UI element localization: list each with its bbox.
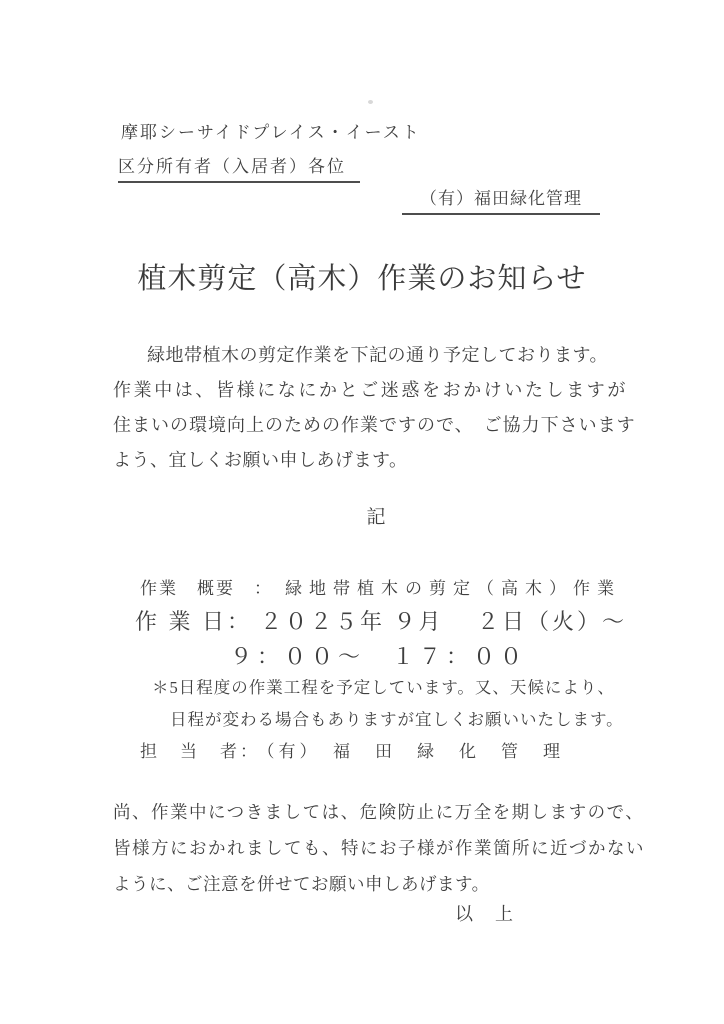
schedule-note-line-1: ＊5日程度の作業工程を予定しています。又、天候により、 xyxy=(152,674,615,698)
schedule-note-line-2: 日程が変わる場合もありますが宜しくお願いいたします。 xyxy=(170,706,624,730)
contact-value: （有） 福 田 緑 化 管 理 xyxy=(266,742,564,761)
work-date-label: 作 業 日： xyxy=(135,609,252,634)
contact-label: 担 当 者： xyxy=(140,742,260,761)
closing-line-2: 皆様方におかれましても、特にお子様が作業箇所に近づかない xyxy=(113,830,628,866)
work-summary-value: 緑地帯植木の剪定（高木）作業 xyxy=(285,579,621,598)
closing-line-1: 尚、作業中につきましては、危険防止に万全を期しますので、 xyxy=(113,794,628,830)
intro-line-2: 作業中は、皆様になにかとご迷惑をおかけいたしますが xyxy=(113,373,628,408)
recipient-addressee: 区分所有者（入居者）各位 xyxy=(118,152,360,183)
closing-line-3: ように、ご注意を併せてお願い申しあげます。 xyxy=(113,866,628,902)
scan-artifact-speck xyxy=(368,100,373,104)
record-marker: 記 xyxy=(14,502,724,529)
contact-row: 担 当 者：（有） 福 田 緑 化 管 理 xyxy=(140,737,564,762)
intro-line-3: 住まいの環境向上のための作業ですので、 ご協力下さいます xyxy=(113,408,628,443)
intro-line-4: よう、宜しくお願い申しあげます。 xyxy=(113,443,628,478)
work-summary-row: 作業 概要 ：緑地帯植木の剪定（高木）作業 xyxy=(140,574,621,599)
recipient-building-name: 摩耶シーサイドプレイス・イースト xyxy=(121,118,421,143)
intro-paragraph: 緑地帯植木の剪定作業を下記の通り予定しております。 作業中は、皆様になにかとご迷… xyxy=(113,338,628,478)
closing-paragraph: 尚、作業中につきましては、危険防止に万全を期しますので、 皆様方におかれましても… xyxy=(113,794,628,902)
work-summary-label: 作業 概要 ： xyxy=(140,579,273,598)
closing-mark: 以 上 xyxy=(455,900,515,926)
intro-line-1: 緑地帯植木の剪定作業を下記の通り予定しております。 xyxy=(113,338,628,373)
notice-document-page: 摩耶シーサイドプレイス・イースト 区分所有者（入居者）各位 （有）福田緑化管理 … xyxy=(0,0,724,1024)
page-title: 植木剪定（高木）作業のお知らせ xyxy=(0,256,724,297)
work-date-value: ２０２５年 ９月 ２日（火）～ xyxy=(260,609,627,634)
work-time-value: ９：００～ １７：００ xyxy=(135,640,622,671)
work-date-row: 作 業 日：２０２５年 ９月 ２日（火）～ xyxy=(135,605,627,636)
sender-company-name: （有）福田緑化管理 xyxy=(402,184,600,215)
